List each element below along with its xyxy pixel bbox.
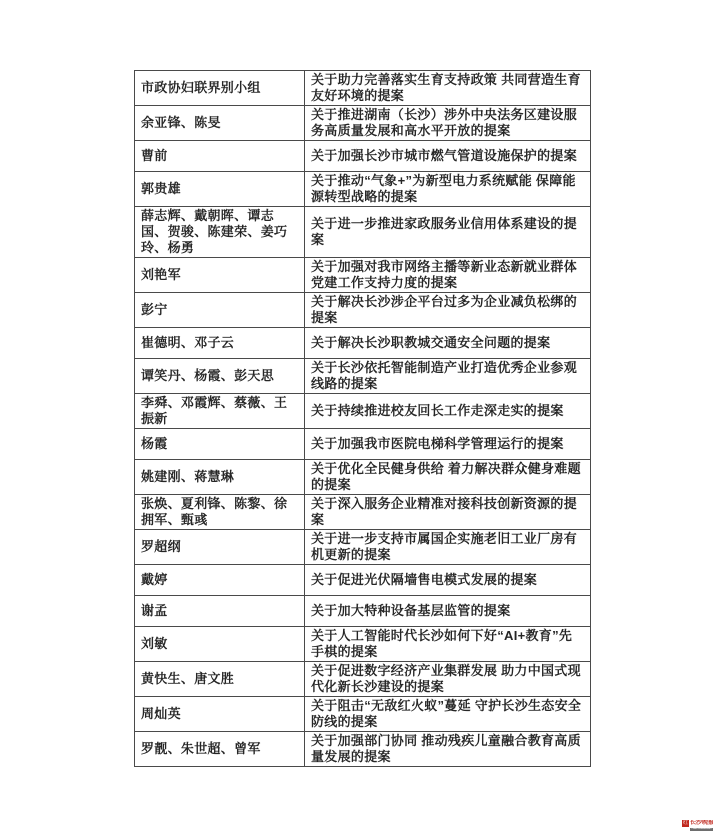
proposer-cell: 戴婷 (135, 565, 305, 596)
proposal-title-cell: 关于加强我市医院电梯科学管理运行的提案 (305, 429, 591, 460)
proposer-cell: 罗靓、朱世超、曾军 (135, 732, 305, 767)
proposer-cell: 薛志辉、戴朝晖、谭志国、贺骏、陈建荣、姜巧玲、杨勇 (135, 207, 305, 258)
proposer-cell: 曹前 (135, 141, 305, 172)
table-row: 刘艳军关于加强对我市网络主播等新业态新就业群体党建工作支持力度的提案 (135, 258, 591, 293)
table-row: 戴婷关于促进光伏隔墙售电模式发展的提案 (135, 565, 591, 596)
table-row: 罗超纲关于进一步支持市属国企实施老旧工业厂房有机更新的提案 (135, 530, 591, 565)
table-row: 杨霞关于加强我市医院电梯科学管理运行的提案 (135, 429, 591, 460)
table-row: 李舜、邓霞辉、蔡薇、王振新关于持续推进校友回长工作走深走实的提案 (135, 394, 591, 429)
proposer-cell: 谢孟 (135, 596, 305, 627)
proposal-table-body: 市政协妇联界别小组关于助力完善落实生育支持政策 共同营造生育友好环境的提案余亚锋… (135, 71, 591, 767)
proposer-cell: 刘敏 (135, 627, 305, 662)
changsha-evening-news-logo: 红 长沙晚报 CHANGSHAWANBAO (682, 820, 713, 831)
proposer-cell: 李舜、邓霞辉、蔡薇、王振新 (135, 394, 305, 429)
proposal-title-cell: 关于长沙依托智能制造产业打造优秀企业参观线路的提案 (305, 359, 591, 394)
proposal-title-cell: 关于阻击“无敌红火蚁”蔓延 守护长沙生态安全防线的提案 (305, 697, 591, 732)
table-row: 余亚锋、陈旻关于推进湖南（长沙）涉外中央法务区建设服务高质量发展和高水平开放的提… (135, 106, 591, 141)
table-row: 刘敏关于人工智能时代长沙如何下好“AI+教育”先手棋的提案 (135, 627, 591, 662)
proposal-table: 市政协妇联界别小组关于助力完善落实生育支持政策 共同营造生育友好环境的提案余亚锋… (134, 70, 591, 767)
proposal-title-cell: 关于加强长沙市城市燃气管道设施保护的提案 (305, 141, 591, 172)
proposal-title-cell: 关于持续推进校友回长工作走深走实的提案 (305, 394, 591, 429)
proposer-cell: 罗超纲 (135, 530, 305, 565)
proposer-cell: 黄快生、唐文胜 (135, 662, 305, 697)
proposal-title-cell: 关于加大特种设备基层监管的提案 (305, 596, 591, 627)
red-seal-icon: 红 (682, 820, 689, 827)
table-row: 薛志辉、戴朝晖、谭志国、贺骏、陈建荣、姜巧玲、杨勇关于进一步推进家政服务业信用体… (135, 207, 591, 258)
proposer-cell: 市政协妇联界别小组 (135, 71, 305, 106)
proposal-title-cell: 关于深入服务企业精准对接科技创新资源的提案 (305, 495, 591, 530)
table-row: 谢孟关于加大特种设备基层监管的提案 (135, 596, 591, 627)
table-row: 曹前关于加强长沙市城市燃气管道设施保护的提案 (135, 141, 591, 172)
proposal-title-cell: 关于解决长沙涉企平台过多为企业减负松绑的提案 (305, 293, 591, 328)
proposer-cell: 崔德明、邓子云 (135, 328, 305, 359)
proposal-title-cell: 关于加强对我市网络主播等新业态新就业群体党建工作支持力度的提案 (305, 258, 591, 293)
page: 市政协妇联界别小组关于助力完善落实生育支持政策 共同营造生育友好环境的提案余亚锋… (0, 0, 720, 835)
table-row: 黄快生、唐文胜关于促进数字经济产业集群发展 助力中国式现代化新长沙建设的提案 (135, 662, 591, 697)
proposer-cell: 张焕、夏利锋、陈黎、徐拥军、甄彧 (135, 495, 305, 530)
proposer-cell: 余亚锋、陈旻 (135, 106, 305, 141)
proposal-title-cell: 关于促进光伏隔墙售电模式发展的提案 (305, 565, 591, 596)
table-row: 市政协妇联界别小组关于助力完善落实生育支持政策 共同营造生育友好环境的提案 (135, 71, 591, 106)
table-row: 彭宁关于解决长沙涉企平台过多为企业减负松绑的提案 (135, 293, 591, 328)
table-row: 罗靓、朱世超、曾军关于加强部门协同 推动残疾儿童融合教育高质量发展的提案 (135, 732, 591, 767)
logo-subtitle-bar: CHANGSHAWANBAO (690, 828, 713, 831)
logo-brand-text: 长沙晚报 (690, 820, 713, 827)
proposal-title-cell: 关于进一步推进家政服务业信用体系建设的提案 (305, 207, 591, 258)
proposal-title-cell: 关于推进湖南（长沙）涉外中央法务区建设服务高质量发展和高水平开放的提案 (305, 106, 591, 141)
table-row: 郭贵雄关于推动“气象+”为新型电力系统赋能 保障能源转型战略的提案 (135, 172, 591, 207)
table-row: 崔德明、邓子云关于解决长沙职教城交通安全问题的提案 (135, 328, 591, 359)
proposer-cell: 谭笑丹、杨霞、彭天思 (135, 359, 305, 394)
proposal-title-cell: 关于解决长沙职教城交通安全问题的提案 (305, 328, 591, 359)
table-row: 周灿英关于阻击“无敌红火蚁”蔓延 守护长沙生态安全防线的提案 (135, 697, 591, 732)
proposal-title-cell: 关于促进数字经济产业集群发展 助力中国式现代化新长沙建设的提案 (305, 662, 591, 697)
proposal-title-cell: 关于人工智能时代长沙如何下好“AI+教育”先手棋的提案 (305, 627, 591, 662)
table-row: 姚建刚、蒋慧琳关于优化全民健身供给 着力解决群众健身难题的提案 (135, 460, 591, 495)
proposal-title-cell: 关于推动“气象+”为新型电力系统赋能 保障能源转型战略的提案 (305, 172, 591, 207)
proposal-title-cell: 关于助力完善落实生育支持政策 共同营造生育友好环境的提案 (305, 71, 591, 106)
proposal-title-cell: 关于加强部门协同 推动残疾儿童融合教育高质量发展的提案 (305, 732, 591, 767)
logo-top: 红 长沙晚报 (682, 820, 713, 827)
table-row: 谭笑丹、杨霞、彭天思关于长沙依托智能制造产业打造优秀企业参观线路的提案 (135, 359, 591, 394)
proposer-cell: 姚建刚、蒋慧琳 (135, 460, 305, 495)
proposer-cell: 刘艳军 (135, 258, 305, 293)
proposal-title-cell: 关于进一步支持市属国企实施老旧工业厂房有机更新的提案 (305, 530, 591, 565)
proposer-cell: 杨霞 (135, 429, 305, 460)
proposer-cell: 周灿英 (135, 697, 305, 732)
proposer-cell: 郭贵雄 (135, 172, 305, 207)
table-row: 张焕、夏利锋、陈黎、徐拥军、甄彧关于深入服务企业精准对接科技创新资源的提案 (135, 495, 591, 530)
proposer-cell: 彭宁 (135, 293, 305, 328)
proposal-title-cell: 关于优化全民健身供给 着力解决群众健身难题的提案 (305, 460, 591, 495)
